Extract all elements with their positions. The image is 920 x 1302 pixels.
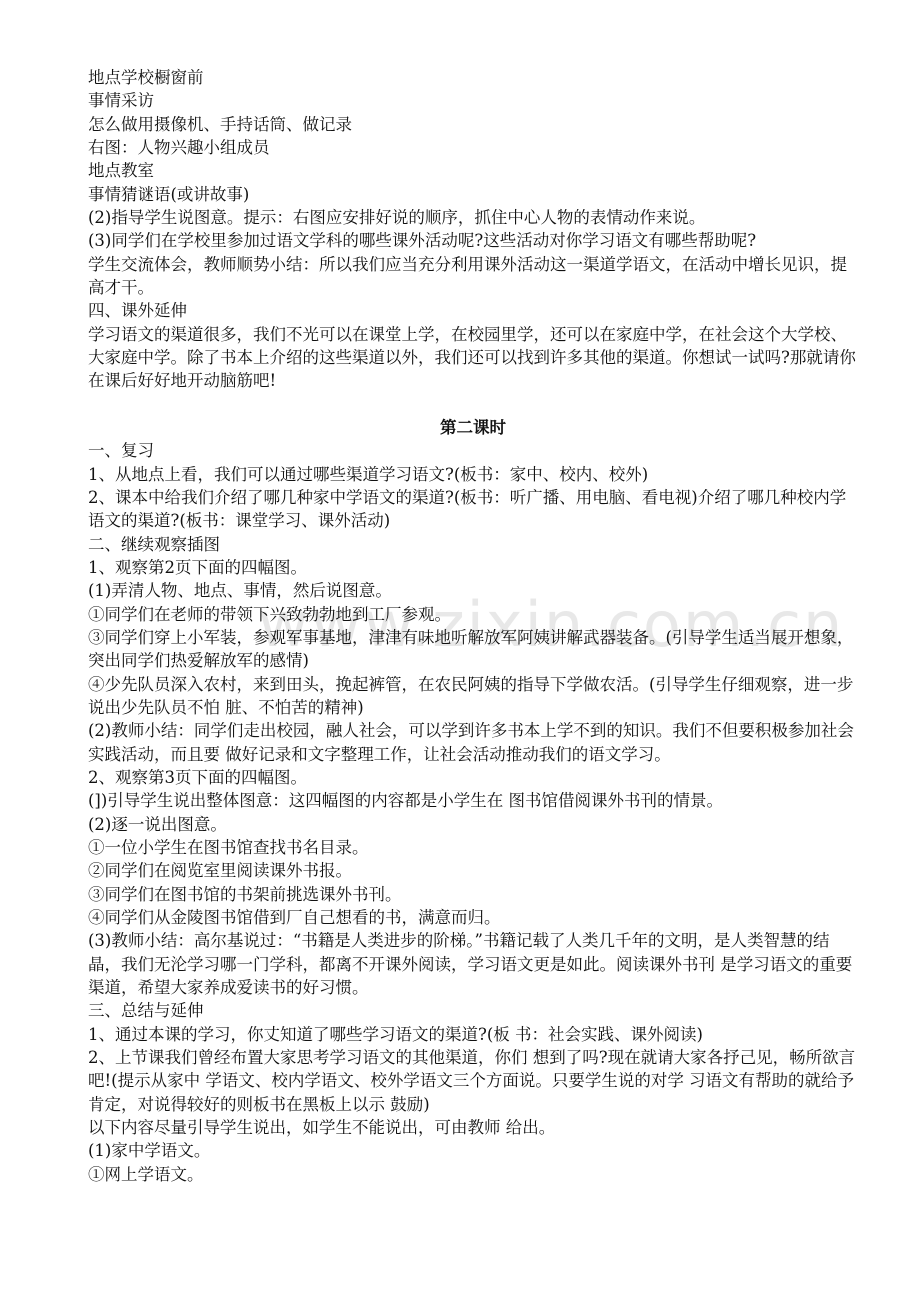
section-title: 第二课时 <box>88 416 858 439</box>
paragraph: 学习语文的渠道很多，我们不光可以在课堂上学，在校园里学，还可以在家庭中学，在社会… <box>88 323 858 393</box>
section-b: 一、复习 1、从地点上看，我们可以通过哪些渠道学习语文?(板书：家中、校内、校外… <box>88 439 858 1186</box>
paragraph: 以下内容尽量引导学生说出，如学生不能说出，可由教师 给出。 <box>88 1116 858 1139</box>
heading: 四、课外延伸 <box>88 299 858 322</box>
paragraph: 地点学校橱窗前 <box>88 66 858 89</box>
paragraph: 1、观察第2页下面的四幅图。 <box>88 556 858 579</box>
paragraph: ③同学们穿上小军装，参观军事基地，津津有味地听解放军阿姨讲解武器装备。(引导学生… <box>88 626 858 673</box>
paragraph: (2)指导学生说图意。提示：右图应安排好说的顺序，抓住中心人物的表情动作来说。 <box>88 206 858 229</box>
paragraph: (2)逐一说出图意。 <box>88 813 858 836</box>
paragraph: 地点教室 <box>88 159 858 182</box>
paragraph: 怎么做用摄像机、手持话筒、做记录 <box>88 113 858 136</box>
heading: 三、总结与延伸 <box>88 999 858 1022</box>
paragraph: 学生交流体会，教师顺势小结：所以我们应当充分利用课外活动这一渠道学语文，在活动中… <box>88 253 858 300</box>
paragraph: ④同学们从金陵图书馆借到厂自己想看的书，满意而归。 <box>88 906 858 929</box>
paragraph: (])引导学生说出整体图意：这四幅图的内容都是小学生在 图书馆借阅课外书刊的情景… <box>88 789 858 812</box>
paragraph: (3)教师小结：高尔基说过：“书籍是人类进步的阶梯。”书籍记载了人类几千年的文明… <box>88 929 858 999</box>
paragraph: ③同学们在图书馆的书架前挑选课外书刊。 <box>88 883 858 906</box>
paragraph: (2)教师小结：同学们走出校园，融人社会，可以学到许多书本上学不到的知识。我们不… <box>88 719 858 766</box>
heading: 二、继续观察插图 <box>88 533 858 556</box>
paragraph: 事情采访 <box>88 89 858 112</box>
section-a: 地点学校橱窗前 事情采访 怎么做用摄像机、手持话筒、做记录 右图：人物兴趣小组成… <box>88 66 858 393</box>
paragraph: 2、课本中给我们介绍了哪几种家中学语文的渠道?(板书：听广播、用电脑、看电视)介… <box>88 486 858 533</box>
paragraph: 事情猜谜语(或讲故事) <box>88 183 858 206</box>
paragraph: 1、通过本课的学习，你丈知道了哪些学习语文的渠道?(板 书：社会实践、课外阅读) <box>88 1023 858 1046</box>
paragraph: ①一位小学生在图书馆查找书名目录。 <box>88 836 858 859</box>
paragraph: 1、从地点上看，我们可以通过哪些渠道学习语文?(板书：家中、校内、校外) <box>88 463 858 486</box>
paragraph: ①同学们在老师的带领下兴致勃勃地到工厂参观。 <box>88 603 858 626</box>
paragraph: 右图：人物兴趣小组成员 <box>88 136 858 159</box>
paragraph: 2、观察第3页下面的四幅图。 <box>88 766 858 789</box>
heading: 一、复习 <box>88 439 858 462</box>
paragraph: (1)弄清人物、地点、事情，然后说图意。 <box>88 579 858 602</box>
paragraph: ①网上学语文。 <box>88 1163 858 1186</box>
paragraph: ②同学们在阅览室里阅读课外书报。 <box>88 859 858 882</box>
paragraph: 2、上节课我们曾经布置大家思考学习语文的其他渠道，你们 想到了吗?现在就请大家各… <box>88 1046 858 1116</box>
document-page: 地点学校橱窗前 事情采访 怎么做用摄像机、手持话筒、做记录 右图：人物兴趣小组成… <box>88 66 858 1186</box>
paragraph: (1)家中学语文。 <box>88 1139 858 1162</box>
paragraph: ④少先队员深入农村，来到田头，挽起裤管，在农民阿姨的指导下学做农活。(引导学生仔… <box>88 673 858 720</box>
paragraph: (3)同学们在学校里参加过语文学科的哪些课外活动呢?这些活动对你学习语文有哪些帮… <box>88 229 858 252</box>
